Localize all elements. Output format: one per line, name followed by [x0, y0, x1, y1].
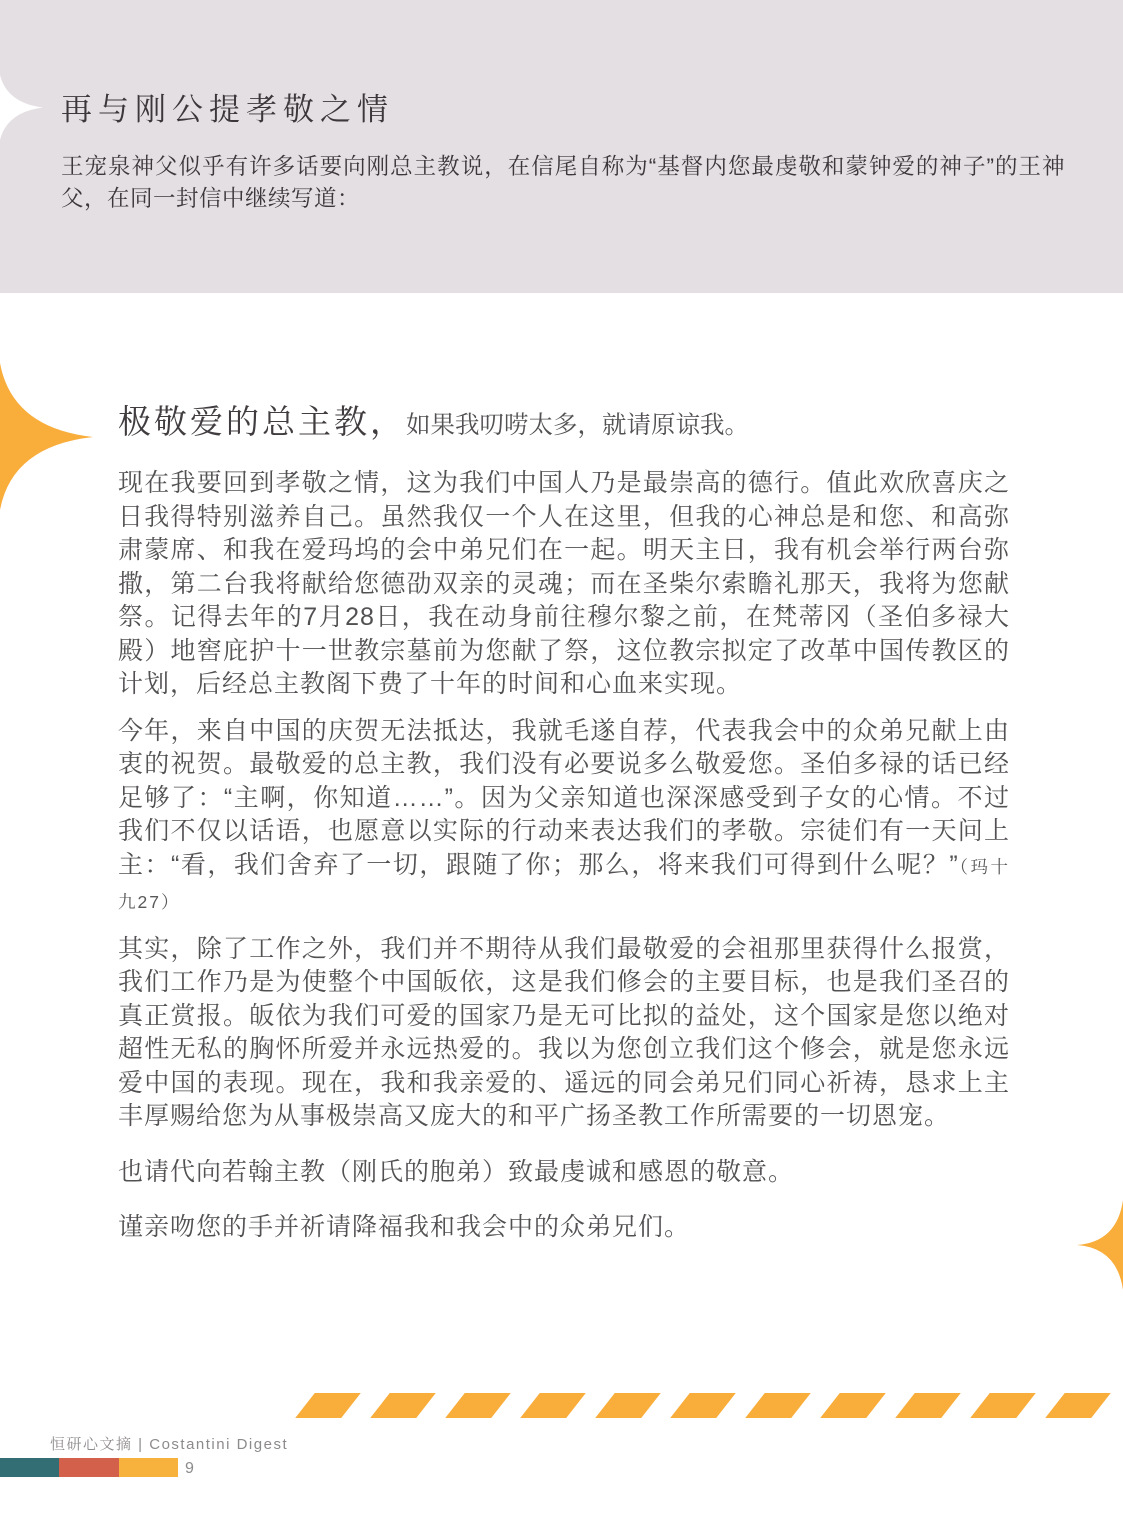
- stripe-icon: [595, 1393, 661, 1418]
- letter-body: 极敬爱的总主教，如果我叨唠太多，就请原谅我。 现在我要回到孝敬之情，这为我们中国…: [118, 399, 1010, 1258]
- footer-bar-segment: [119, 1458, 178, 1477]
- footer-color-bar: [0, 1458, 178, 1477]
- stripe-icon: [820, 1393, 886, 1418]
- footer-bar-segment: [0, 1458, 59, 1477]
- footer-bar-segment: [59, 1458, 118, 1477]
- salutation-rest-text: 如果我叨唠太多，就请原谅我。: [406, 412, 749, 439]
- stripe-icon: [1045, 1393, 1111, 1418]
- page-title: 再与刚公提孝敬之情: [61, 84, 394, 129]
- letter-paragraph-4: 也请代向若翰主教（刚氏的胞弟）致最虔诚和感恩的敬意。: [118, 1156, 1010, 1190]
- header-notch-icon: [0, 75, 44, 141]
- salutation-large-text: 极敬爱的总主教，: [118, 403, 406, 440]
- stripe-icon: [295, 1393, 361, 1418]
- stripe-icon: [370, 1393, 436, 1418]
- intro-paragraph: 王宠泉神父似乎有许多话要向刚总主教说，在信尾自称为“基督内您最虔敬和蒙钟爱的神子…: [61, 151, 1065, 215]
- document-page: 再与刚公提孝敬之情 王宠泉神父似乎有许多话要向刚总主教说，在信尾自称为“基督内您…: [0, 0, 1123, 1536]
- letter-paragraph-3: 其实，除了工作之外，我们并不期待从我们最敬爱的会祖那里获得什么报赏，我们工作乃是…: [118, 933, 1010, 1134]
- stripe-icon: [745, 1393, 811, 1418]
- letter-paragraph-5: 谨亲吻您的手并祈请降福我和我会中的众弟兄们。: [118, 1211, 1010, 1245]
- page-number: 9: [185, 1460, 194, 1478]
- letter-paragraph-2-text: 今年，来自中国的庆贺无法抵达，我就毛遂自荐，代表我会中的众弟兄献上由衷的祝贺。最…: [118, 717, 1010, 879]
- letter-salutation: 极敬爱的总主教，如果我叨唠太多，就请原谅我。: [118, 399, 1010, 449]
- stripe-icon: [895, 1393, 961, 1418]
- letter-paragraph-2: 今年，来自中国的庆贺无法抵达，我就毛遂自荐，代表我会中的众弟兄献上由衷的祝贺。最…: [118, 715, 1010, 920]
- header-band: 再与刚公提孝敬之情 王宠泉神父似乎有许多话要向刚总主教说，在信尾自称为“基督内您…: [0, 0, 1123, 293]
- stripe-icon: [670, 1393, 736, 1418]
- stripe-icon: [520, 1393, 586, 1418]
- stripe-row: [305, 1393, 1101, 1418]
- letter-paragraph-1: 现在我要回到孝敬之情，这为我们中国人乃是最崇高的德行。值此欢欣喜庆之日我得特别滋…: [118, 467, 1010, 702]
- right-accent-shape-icon: [1077, 1200, 1123, 1290]
- stripe-icon: [970, 1393, 1036, 1418]
- footer-brand: 恒研心文摘 | Costantini Digest: [50, 1433, 288, 1454]
- stripe-icon: [445, 1393, 511, 1418]
- left-accent-shape-icon: [0, 363, 94, 511]
